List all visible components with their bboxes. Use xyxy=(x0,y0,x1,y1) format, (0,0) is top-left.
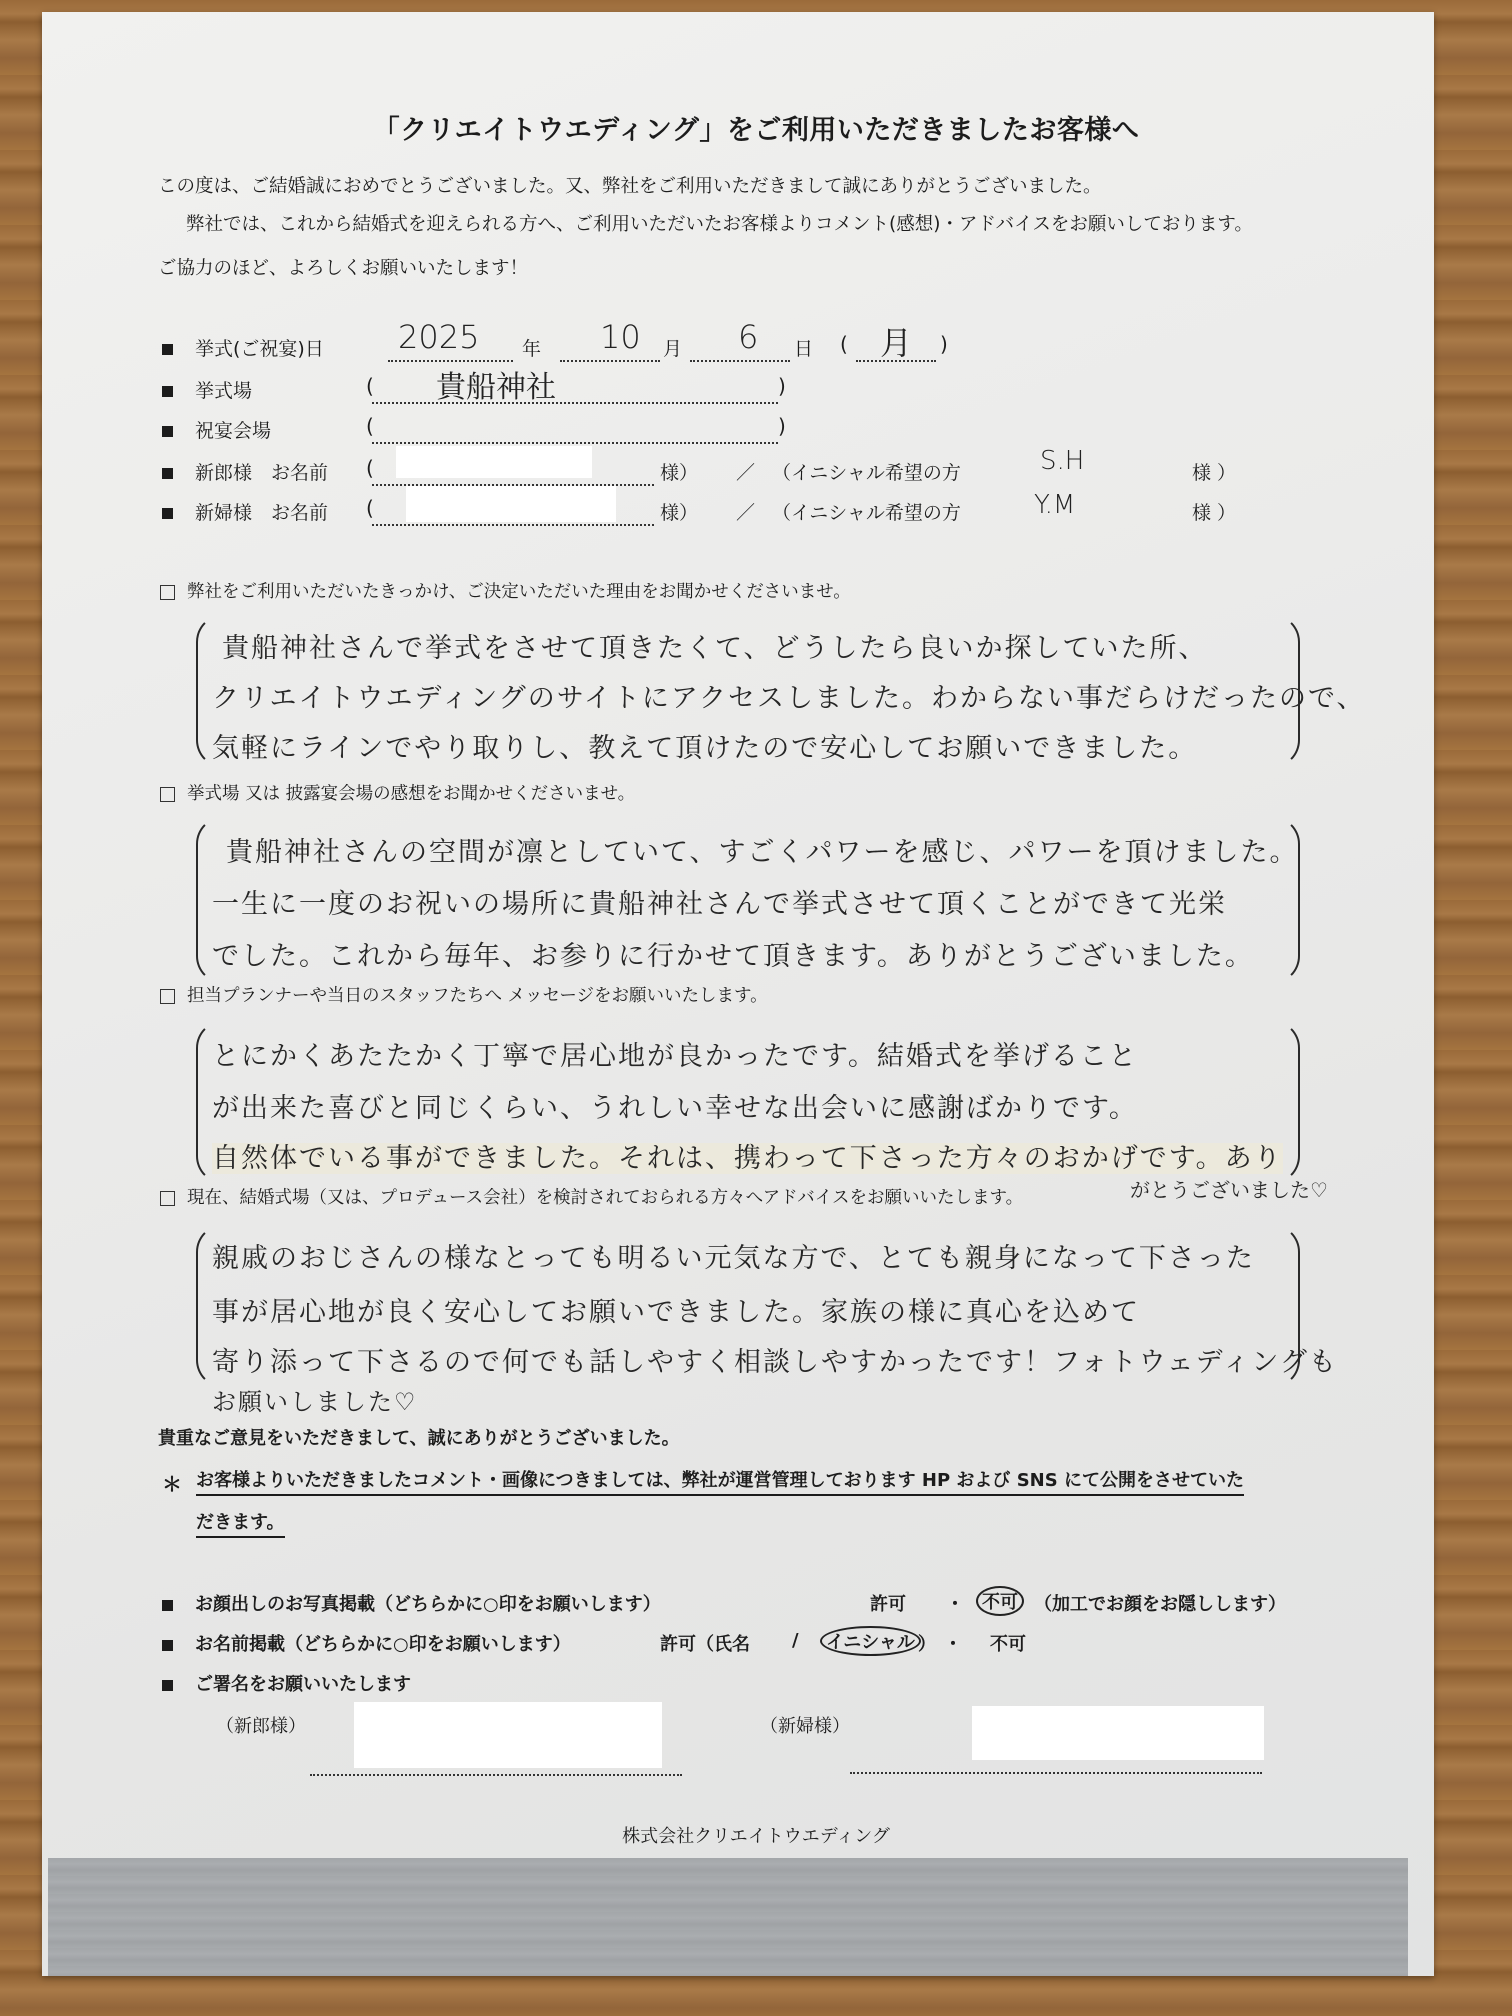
publication-note-line-2: だきます。 xyxy=(196,1508,285,1538)
bride-signature-redacted[interactable] xyxy=(972,1706,1264,1760)
question-4-answer-line-2[interactable]: 事が居心地が良く安心してお願いできました。家族の様に真心を込めて xyxy=(212,1290,1140,1329)
bullet-square-icon xyxy=(162,1680,173,1691)
year-unit: 年 xyxy=(522,334,541,361)
ceremony-venue-label: 挙式場 xyxy=(162,376,252,403)
groom-initial-label: （イニシャル希望の方 xyxy=(772,458,961,485)
intro-line-2: 弊社では、これから結婚式を迎えられる方へ、ご利用いただいたお客様よりコメント(感… xyxy=(186,210,1253,236)
month-unit: 月 xyxy=(663,334,682,361)
question-4-answer-line-3[interactable]: 寄り添って下さるので何でも話しやすく相談しやすかったです！フォトウェディングも xyxy=(212,1340,1338,1379)
photo-consent-allow[interactable]: 許可 xyxy=(870,1590,906,1616)
ceremony-year-value[interactable]: 2025 xyxy=(398,318,479,356)
ceremony-weekday-value[interactable]: 月 xyxy=(880,318,912,364)
intro-line-1: この度は、ご結婚誠におめでとうございました。又、弊社をご利用いただきまして誠にあ… xyxy=(158,172,1102,198)
question-3-answer-overflow[interactable]: がとうございました♡ xyxy=(1130,1174,1328,1203)
bride-initial-label: （イニシャル希望の方 xyxy=(772,498,961,525)
redacted-bottom-band xyxy=(48,1858,1408,1976)
name-consent-initial-selected[interactable]: イニシャル xyxy=(820,1626,921,1656)
question-4-prompt: 現在、結婚式場（又は、プロデュース会社）を検討されておられる方々へアドバイスをお… xyxy=(160,1184,1023,1209)
bride-name-redacted[interactable] xyxy=(406,486,616,522)
question-2-answer-line-1[interactable]: 貴船神社さんの空間が凛としていて、すごくパワーを感じ、パワーを頂けました。 xyxy=(226,830,1298,869)
question-1-answer-line-1[interactable]: 貴船神社さんで挙式をさせて頂きたくて、どうしたら良いか探していた所、 xyxy=(222,626,1207,665)
photo-consent-deny-note: （加工でお顔をお隠しします） xyxy=(1034,1590,1286,1616)
bullet-square-icon xyxy=(162,344,173,355)
ceremony-venue-value[interactable]: 貴船神社 xyxy=(436,362,556,406)
question-3-answer-line-1[interactable]: とにかくあたたかく丁寧で居心地が良かったです。結婚式を挙げること xyxy=(212,1034,1138,1073)
bullet-square-icon xyxy=(162,468,173,479)
question-3-prompt: 担当プランナーや当日のスタッフたちへ メッセージをお願いいたします。 xyxy=(160,982,768,1007)
bullet-square-icon xyxy=(162,1640,173,1651)
checkbox-icon xyxy=(160,585,175,600)
question-2-answer-line-2[interactable]: 一生に一度のお祝いの場所に貴船神社さんで挙式させて頂くことができて光栄 xyxy=(212,882,1227,921)
bride-initial-value[interactable]: Y.M xyxy=(1034,490,1075,520)
closing-thanks: 貴重なご意見をいただきまして、誠にありがとうございました。 xyxy=(158,1424,680,1450)
checkbox-icon xyxy=(160,787,175,802)
name-consent-label: お名前掲載（どちらかに○印をお願いします） xyxy=(162,1630,571,1656)
signature-label: ご署名をお願いいたします xyxy=(162,1670,411,1696)
name-consent-deny[interactable]: 不可 xyxy=(990,1630,1026,1656)
photo-consent-deny-selected[interactable]: 不可 xyxy=(976,1586,1024,1616)
bullet-square-icon xyxy=(162,508,173,519)
form-title: 「クリエイトウエディング」をご利用いただきましたお客様へ xyxy=(0,108,1512,147)
ceremony-date-label: 挙式(ご祝宴)日 xyxy=(162,334,324,361)
company-name: 株式会社クリエイトウエディング xyxy=(0,1822,1512,1848)
note-asterisk: ＊ xyxy=(162,1468,182,1497)
bullet-square-icon xyxy=(162,1600,173,1611)
question-4-answer-line-1[interactable]: 親戚のおじさんの様なとっても明るい元気な方で、とても親身になって下さった xyxy=(212,1236,1255,1275)
question-2-answer-line-3[interactable]: でした。これから毎年、お参りに行かせて頂きます。ありがとうございました。 xyxy=(212,934,1254,973)
photo-consent-label: お顔出しのお写真掲載（どちらかに○印をお願いします） xyxy=(162,1590,661,1616)
reception-venue-label: 祝宴会場 xyxy=(162,416,271,443)
question-2-prompt: 挙式場 又は 披露宴会場の感想をお聞かせくださいませ。 xyxy=(160,780,635,805)
groom-signature-redacted[interactable] xyxy=(354,1702,662,1768)
groom-initial-value[interactable]: S.H xyxy=(1040,446,1084,476)
ceremony-month-value[interactable]: 10 xyxy=(600,318,641,356)
groom-signature-label: （新郎様） xyxy=(216,1712,306,1738)
checkbox-icon xyxy=(160,989,175,1004)
question-1-answer-line-2[interactable]: クリエイトウエディングのサイトにアクセスしました。わからない事だらけだったので、 xyxy=(212,676,1366,715)
bride-name-label: 新婦様 お名前 xyxy=(162,498,328,525)
intro-line-3: ご協力のほど、よろしくお願いいたします！ xyxy=(158,254,528,280)
bride-signature-label: （新婦様） xyxy=(760,1712,850,1738)
bullet-square-icon xyxy=(162,386,173,397)
question-1-prompt: 弊社をご利用いただいたきっかけ、ご決定いただいた理由をお聞かせくださいませ。 xyxy=(160,578,851,603)
question-3-answer-line-3[interactable]: 自然体でいる事ができました。それは、携わって下さった方々のおかげです。あり xyxy=(212,1136,1283,1175)
groom-name-redacted[interactable] xyxy=(396,446,592,478)
bullet-square-icon xyxy=(162,426,173,437)
question-1-answer-line-3[interactable]: 気軽にラインでやり取りし、教えて頂けたので安心してお願いできました。 xyxy=(212,726,1197,765)
question-4-answer-overflow[interactable]: お願いしました♡ xyxy=(212,1382,418,1417)
ceremony-day-value[interactable]: 6 xyxy=(738,318,758,356)
publication-note-line-1: お客様よりいただきましたコメント・画像につきましては、弊社が運営管理しております… xyxy=(196,1466,1244,1496)
name-consent-allow-fullname[interactable]: 許可（氏名 xyxy=(660,1630,750,1656)
question-3-answer-line-2[interactable]: が出来た喜びと同じくらい、うれしい幸せな出会いに感謝ばかりです。 xyxy=(212,1086,1138,1125)
checkbox-icon xyxy=(160,1191,175,1206)
day-unit: 日 xyxy=(794,334,813,361)
groom-name-label: 新郎様 お名前 xyxy=(162,458,328,485)
